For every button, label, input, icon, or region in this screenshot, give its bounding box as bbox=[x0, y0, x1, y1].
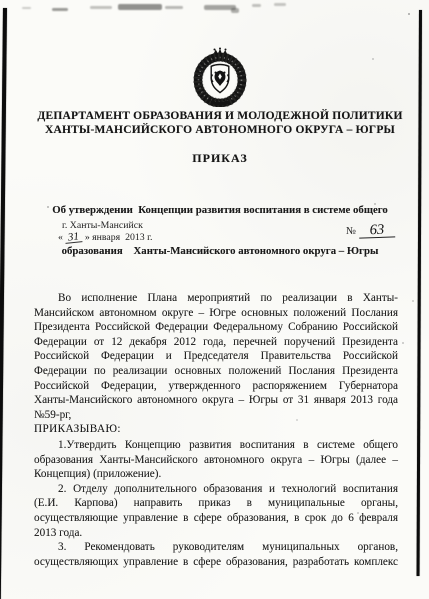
scan-noise-specks bbox=[0, 0, 2, 2]
scan-smudge bbox=[90, 6, 112, 9]
document-number: № 63 bbox=[346, 224, 395, 238]
handwritten-number: 63 bbox=[358, 223, 394, 238]
organization-title: ДЕПАРТАМЕНТ ОБРАЗОВАНИЯ И МОЛОДЕЖНОЙ ПОЛ… bbox=[25, 109, 415, 137]
order-item-3: 3. Рекомендовать руководителям муниципал… bbox=[34, 540, 398, 569]
order-item-2: 2. Отделу дополнительного образования и … bbox=[34, 482, 398, 540]
issue-date: « 31 » января 2013 г. bbox=[58, 232, 152, 243]
order-items: 1.Утвердить Концепцию развития воспитани… bbox=[34, 438, 398, 569]
scanned-document-page: ДЕПАРТАМЕНТ ОБРАЗОВАНИЯ И МОЛОДЕЖНОЙ ПОЛ… bbox=[0, 0, 429, 599]
scan-smudge bbox=[165, 6, 183, 9]
order-word: ПРИКАЗЫВАЮ: bbox=[34, 423, 121, 435]
date-month-year: января 2013 г. bbox=[90, 232, 153, 243]
number-label: № bbox=[346, 226, 356, 237]
scan-smudge bbox=[252, 4, 261, 7]
document-subject-line1: Об утверждении Концепции развития воспит… bbox=[40, 204, 400, 218]
scan-smudge bbox=[52, 8, 68, 11]
document-type-heading: ПРИКАЗ bbox=[25, 151, 415, 166]
document-subject-line2: образования Ханты-Мансийского автономног… bbox=[40, 245, 400, 259]
order-item-1: 1.Утвердить Концепцию развития воспитани… bbox=[34, 438, 398, 482]
scan-smudge bbox=[118, 4, 162, 10]
organization-title-line1: ДЕПАРТАМЕНТ ОБРАЗОВАНИЯ И МОЛОДЕЖНОЙ ПОЛ… bbox=[25, 109, 415, 123]
preamble-paragraph: Во исполнение Плана мероприятий по реали… bbox=[34, 291, 398, 422]
khmao-yugra-coat-of-arms-icon bbox=[192, 47, 248, 107]
scan-smudge bbox=[22, 7, 31, 9]
issue-city: г. Ханты-Мансийск bbox=[62, 220, 143, 231]
scan-smudge bbox=[231, 8, 239, 13]
scan-edge-line-right bbox=[417, 10, 422, 576]
scan-smudge bbox=[274, 3, 286, 6]
scan-edge-line-left bbox=[0, 8, 6, 599]
handwritten-day: 31 bbox=[65, 232, 83, 244]
date-quote-open: « bbox=[58, 232, 63, 243]
organization-title-line2: ХАНТЫ-МАНСИЙСКОГО АВТОНОМНОГО ОКРУГА – Ю… bbox=[25, 123, 415, 137]
